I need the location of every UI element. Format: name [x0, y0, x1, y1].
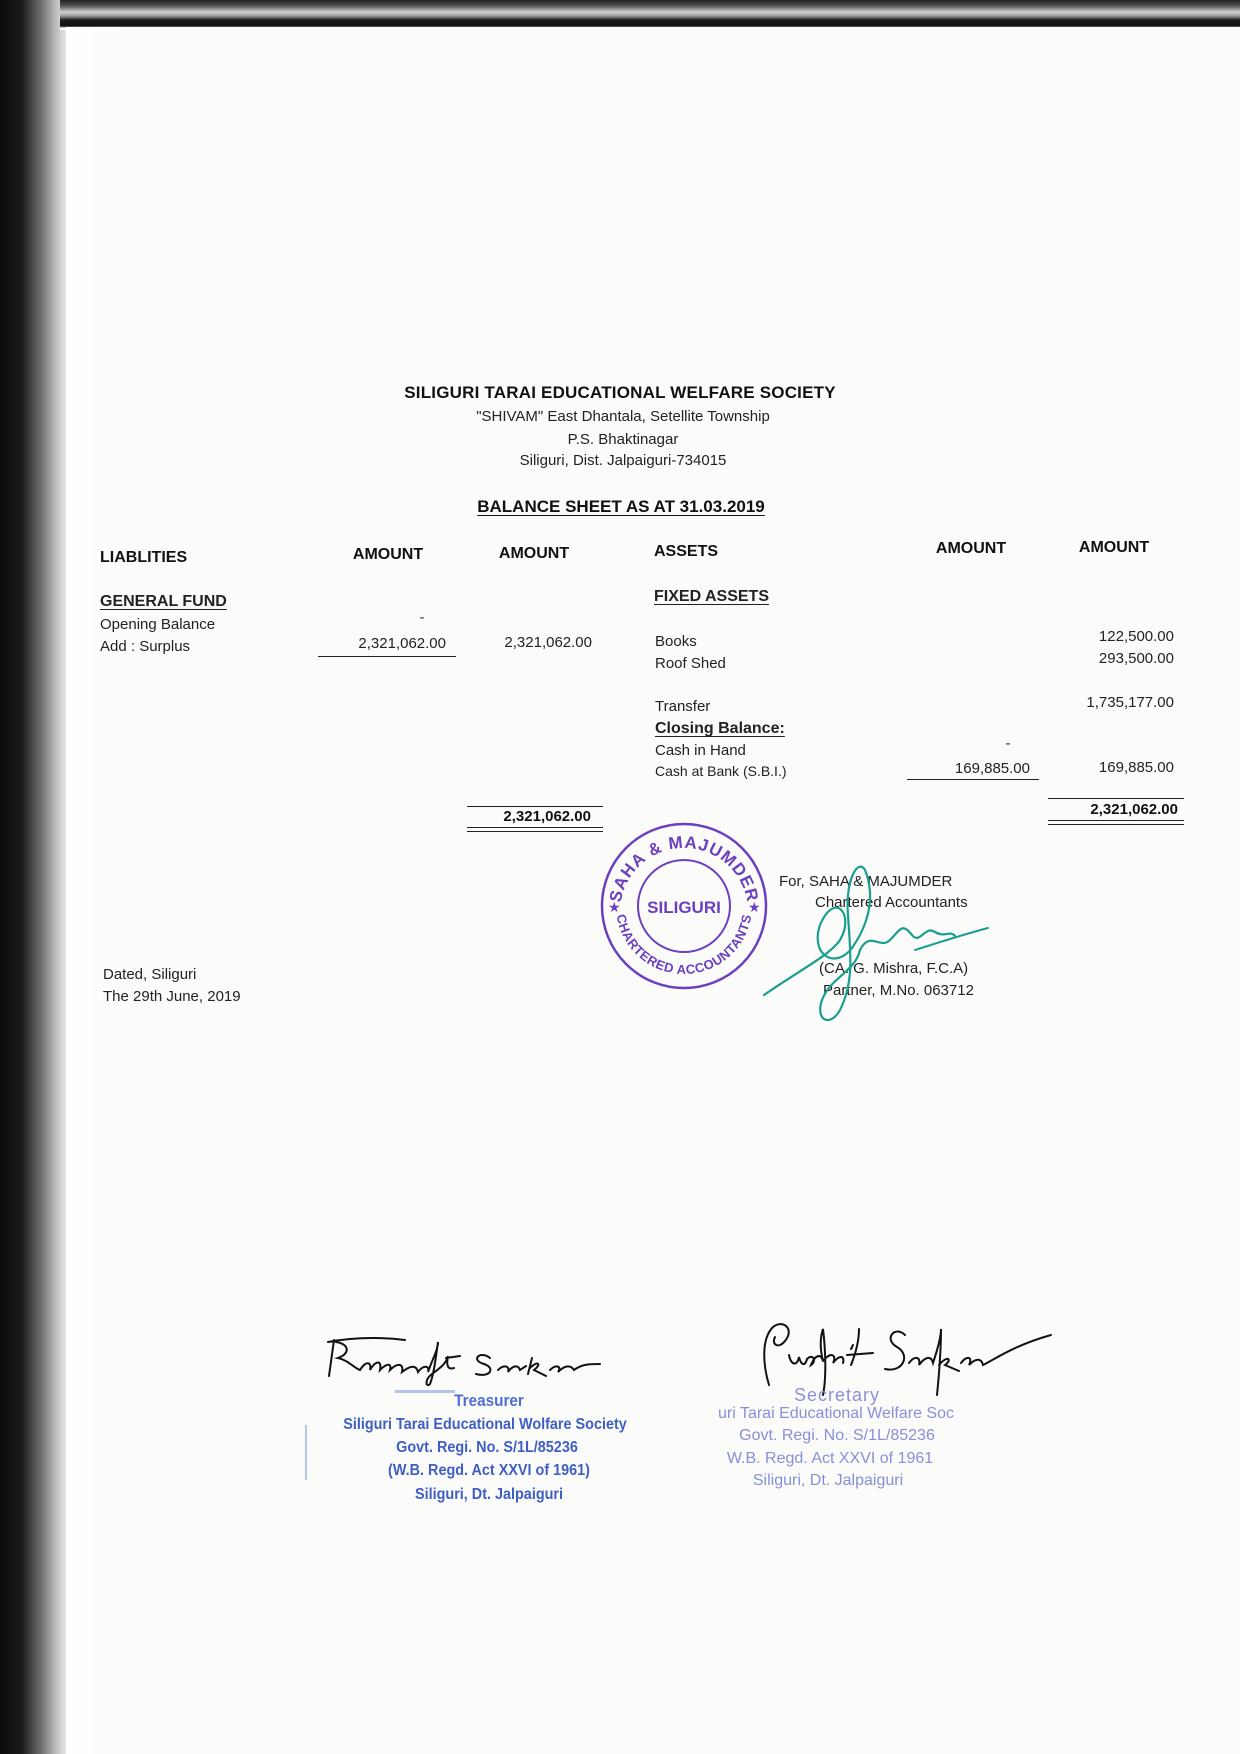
stamp-border-mark	[305, 1425, 307, 1480]
surplus-label: Add : Surplus	[100, 638, 190, 655]
svg-text:CHARTERED ACCOUNTANTS: CHARTERED ACCOUNTANTS	[614, 913, 755, 977]
address-line-1: "SHIVAM" East Dhantala, Setellite Townsh…	[476, 408, 770, 425]
transfer-label: Transfer	[655, 698, 710, 715]
closing-balance-title: Closing Balance:	[655, 720, 785, 738]
cash-subtotal-rule	[907, 779, 1039, 780]
org-name: SILIGURI TARAI EDUCATIONAL WELFARE SOCIE…	[404, 383, 836, 403]
opening-balance-amount: -	[420, 609, 425, 626]
treasurer-signature	[320, 1330, 660, 1390]
secretary-stamp-line-2: Govt. Regi. No. S/1L/85236	[739, 1427, 935, 1445]
cash-at-bank-amount-2: 169,885.00	[1099, 759, 1174, 776]
secretary-stamp-line-1: uri Tarai Educational Welfare Soc	[718, 1405, 954, 1423]
liabilities-total-double-rule	[467, 827, 603, 832]
fixed-assets-title: FIXED ASSETS	[654, 588, 769, 606]
assets-header: ASSETS	[654, 543, 718, 561]
subtotal-rule	[318, 656, 456, 657]
liabilities-total: 2,321,062.00	[503, 808, 591, 825]
cash-in-hand-label: Cash in Hand	[655, 742, 746, 759]
transfer-amount: 1,735,177.00	[1086, 694, 1174, 711]
surplus-amount-2: 2,321,062.00	[504, 634, 592, 651]
treasurer-role: Treasurer	[454, 1391, 524, 1411]
assets-amount-header-2: AMOUNT	[1079, 539, 1149, 557]
treasurer-stamp-line-1: Siliguri Tarai Educational Wolfare Socie…	[343, 1416, 627, 1434]
address-line-3: Siliguri, Dist. Jalpaiguri-734015	[520, 452, 727, 469]
svg-text:★: ★	[608, 899, 621, 915]
cash-in-hand-amount: -	[1006, 735, 1011, 752]
cash-at-bank-label: Cash at Bank (S.B.I.)	[655, 763, 787, 779]
books-amount: 122,500.00	[1099, 628, 1174, 645]
balance-sheet-title: BALANCE SHEET AS AT 31.03.2019	[477, 497, 765, 517]
treasurer-stamp-line-2: Govt. Regi. No. S/1L/85236	[396, 1439, 578, 1457]
liabilities-header: LIABLITIES	[100, 549, 187, 567]
auditor-signature	[760, 860, 990, 1030]
opening-balance-label: Opening Balance	[100, 616, 215, 633]
cash-at-bank-amount-1: 169,885.00	[955, 760, 1030, 777]
address-line-2: P.S. Bhaktinagar	[568, 431, 679, 448]
liabilities-amount-header-2: AMOUNT	[499, 545, 569, 563]
books-label: Books	[655, 633, 697, 650]
assets-total-top-rule	[1048, 798, 1184, 799]
treasurer-stamp-line-3: (W.B. Regd. Act XXVI of 1961)	[388, 1462, 590, 1480]
scan-shadow-top	[60, 0, 1240, 30]
secretary-stamp-line-4: Siliguri, Dt. Jalpaiguri	[753, 1472, 903, 1490]
scan-shadow-left	[0, 0, 70, 1754]
stamp-smudge	[395, 1390, 455, 1393]
auditor-round-stamp-icon: SAHA & MAJUMDER CHARTERED ACCOUNTANTS ★ …	[598, 820, 770, 992]
general-fund-title: GENERAL FUND	[100, 593, 227, 611]
svg-text:SILIGURI: SILIGURI	[647, 898, 721, 917]
roof-shed-amount: 293,500.00	[1099, 650, 1174, 667]
assets-total-double-rule	[1048, 820, 1184, 825]
assets-total: 2,321,062.00	[1090, 801, 1178, 818]
svg-text:★: ★	[748, 899, 761, 915]
treasurer-stamp-line-4: Siliguri, Dt. Jalpaiguri	[415, 1486, 563, 1504]
assets-amount-header-1: AMOUNT	[936, 540, 1006, 558]
liabilities-total-top-rule	[467, 806, 603, 807]
secretary-stamp-line-3: W.B. Regd. Act XXVI of 1961	[727, 1450, 933, 1468]
surplus-amount-1: 2,321,062.00	[358, 635, 446, 652]
dated-date: The 29th June, 2019	[103, 988, 241, 1005]
liabilities-amount-header-1: AMOUNT	[353, 546, 423, 564]
dated-place: Dated, Siliguri	[103, 966, 196, 983]
secretary-role: Secretary	[794, 1385, 880, 1406]
roof-shed-label: Roof Shed	[655, 655, 726, 672]
